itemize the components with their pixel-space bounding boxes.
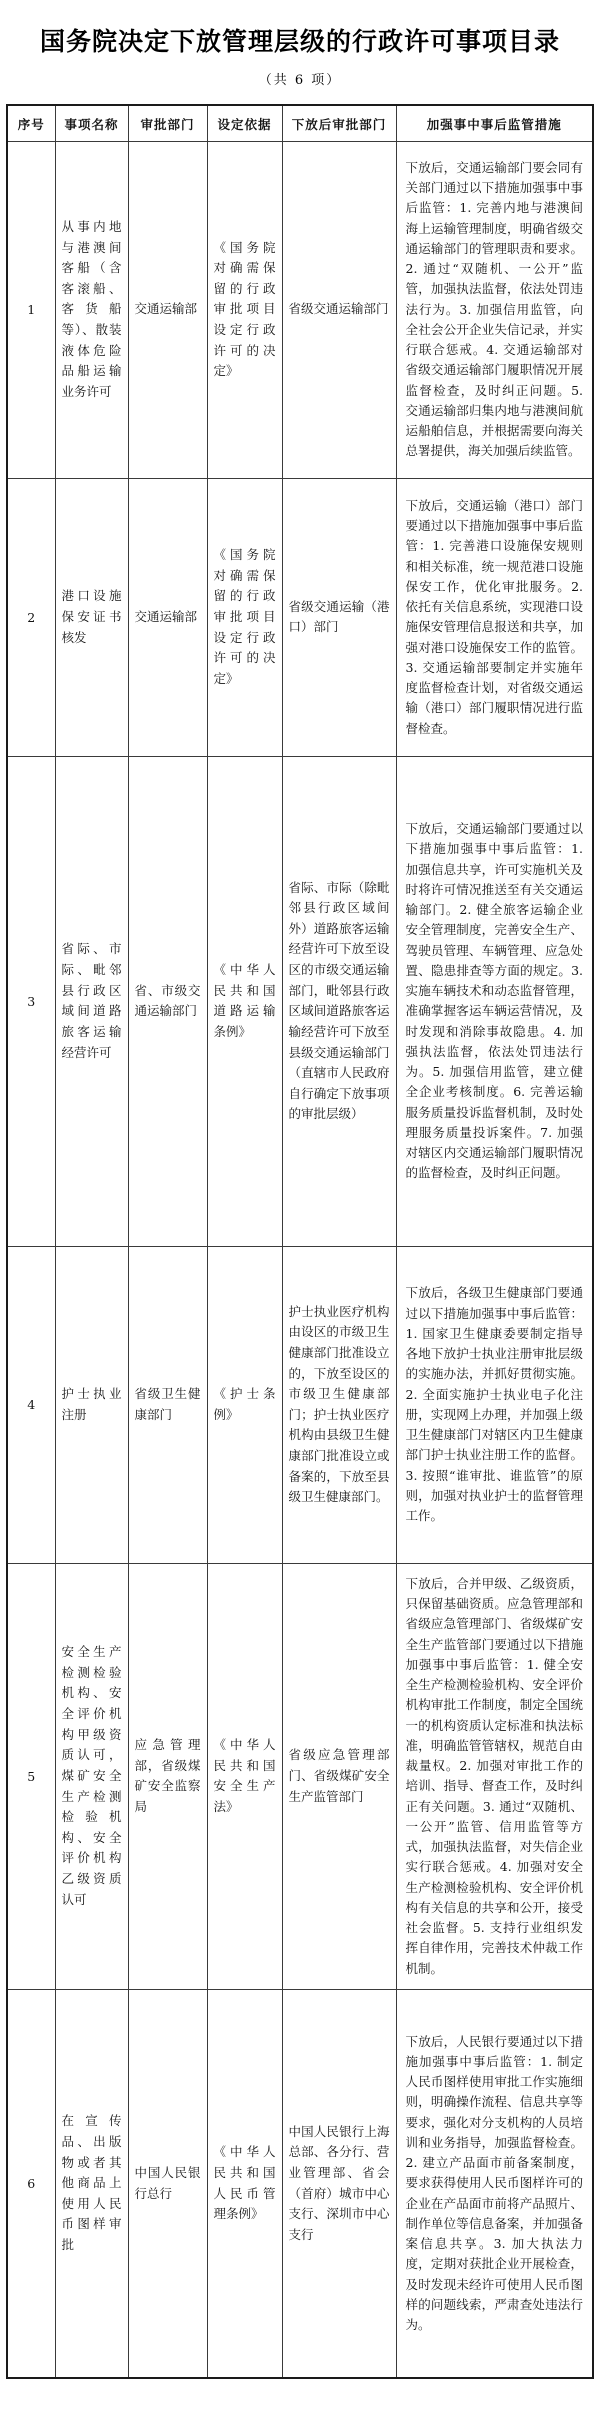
- cell-after-dept: 省级交通运输（港口）部门: [282, 478, 396, 756]
- cell-no: 3: [7, 756, 55, 1246]
- cell-approval-dept: 中国人民银行总行: [128, 1989, 207, 2378]
- cell-basis: 《国务院对确需保留的行政审批项目设定行政许可的决定》: [207, 478, 282, 756]
- page-title: 国务院决定下放管理层级的行政许可事项目录: [0, 0, 600, 57]
- cell-basis: 《中华人民共和国道路运输条例》: [207, 756, 282, 1246]
- cell-item-name: 安全生产检测检验机构、安全评价机构甲级资质认可，煤矿安全生产检测检验机构、安全评…: [55, 1563, 128, 1989]
- col-header-measures: 加强事中事后监管措施: [396, 105, 593, 141]
- cell-no: 4: [7, 1246, 55, 1563]
- table-row: 2 港口设施保安证书核发 交通运输部 《国务院对确需保留的行政审批项目设定行政许…: [7, 478, 593, 756]
- cell-measures: 下放后，交通运输（港口）部门要通过以下措施加强事中事后监管：1. 完善港口设施保…: [396, 478, 593, 756]
- cell-measures: 下放后，合并甲级、乙级资质，只保留基础资质。应急管理部和省级应急管理部门、省级煤…: [396, 1563, 593, 1989]
- col-header-after-dept: 下放后审批部门: [282, 105, 396, 141]
- cell-measures: 下放后，交通运输部门要会同有关部门通过以下措施加强事中事后监管：1. 完善内地与…: [396, 141, 593, 478]
- table-row: 5 安全生产检测检验机构、安全评价机构甲级资质认可，煤矿安全生产检测检验机构、安…: [7, 1563, 593, 1989]
- cell-no: 2: [7, 478, 55, 756]
- cell-basis: 《护士条例》: [207, 1246, 282, 1563]
- cell-approval-dept: 省级卫生健康部门: [128, 1246, 207, 1563]
- cell-approval-dept: 交通运输部: [128, 141, 207, 478]
- cell-item-name: 护士执业注册: [55, 1246, 128, 1563]
- cell-approval-dept: 交通运输部: [128, 478, 207, 756]
- cell-approval-dept: 省、市级交通运输部门: [128, 756, 207, 1246]
- page-subtitle: （共 6 项）: [0, 69, 600, 88]
- licensing-items-table: 序号 事项名称 审批部门 设定依据 下放后审批部门 加强事中事后监管措施 1 从…: [6, 104, 594, 2379]
- cell-basis: 《中华人民共和国人民币管理条例》: [207, 1989, 282, 2378]
- table-header-row: 序号 事项名称 审批部门 设定依据 下放后审批部门 加强事中事后监管措施: [7, 105, 593, 141]
- col-header-basis: 设定依据: [207, 105, 282, 141]
- cell-item-name: 在宣传品、出版物或者其他商品上使用人民币图样审批: [55, 1989, 128, 2378]
- document-page: 国务院决定下放管理层级的行政许可事项目录 （共 6 项） 序号 事项名称 审批部…: [0, 0, 600, 2432]
- cell-after-dept: 省际、市际（除毗邻县行政区域间外）道路旅客运输经营许可下放至设区的市级交通运输部…: [282, 756, 396, 1246]
- col-header-no: 序号: [7, 105, 55, 141]
- cell-after-dept: 中国人民银行上海总部、各分行、营业管理部、省会（首府）城市中心支行、深圳市中心支…: [282, 1989, 396, 2378]
- cell-measures: 下放后，人民银行要通过以下措施加强事中事后监管：1. 制定人民币图样使用审批工作…: [396, 1989, 593, 2378]
- cell-item-name: 省际、市际、毗邻县行政区域间道路旅客运输经营许可: [55, 756, 128, 1246]
- cell-after-dept: 护士执业医疗机构由设区的市级卫生健康部门批准设立的，下放至设区的市级卫生健康部门…: [282, 1246, 396, 1563]
- cell-item-name: 从事内地与港澳间客船（含客滚船、客货船等）、散装液体危险品船运输业务许可: [55, 141, 128, 478]
- cell-basis: 《国务院对确需保留的行政审批项目设定行政许可的决定》: [207, 141, 282, 478]
- table-row: 6 在宣传品、出版物或者其他商品上使用人民币图样审批 中国人民银行总行 《中华人…: [7, 1989, 593, 2378]
- cell-after-dept: 省级交通运输部门: [282, 141, 396, 478]
- cell-after-dept: 省级应急管理部门、省级煤矿安全生产监管部门: [282, 1563, 396, 1989]
- cell-measures: 下放后，交通运输部门要通过以下措施加强事中事后监管：1. 加强信息共享，许可实施…: [396, 756, 593, 1246]
- cell-basis: 《中华人民共和国安全生产法》: [207, 1563, 282, 1989]
- cell-no: 5: [7, 1563, 55, 1989]
- cell-item-name: 港口设施保安证书核发: [55, 478, 128, 756]
- table-row: 3 省际、市际、毗邻县行政区域间道路旅客运输经营许可 省、市级交通运输部门 《中…: [7, 756, 593, 1246]
- table-row: 4 护士执业注册 省级卫生健康部门 《护士条例》 护士执业医疗机构由设区的市级卫…: [7, 1246, 593, 1563]
- cell-no: 1: [7, 141, 55, 478]
- col-header-approval-dept: 审批部门: [128, 105, 207, 141]
- cell-approval-dept: 应急管理部，省级煤矿安全监察局: [128, 1563, 207, 1989]
- cell-no: 6: [7, 1989, 55, 2378]
- table-row: 1 从事内地与港澳间客船（含客滚船、客货船等）、散装液体危险品船运输业务许可 交…: [7, 141, 593, 478]
- cell-measures: 下放后，各级卫生健康部门要通过以下措施加强事中事后监管：1. 国家卫生健康委要制…: [396, 1246, 593, 1563]
- col-header-item-name: 事项名称: [55, 105, 128, 141]
